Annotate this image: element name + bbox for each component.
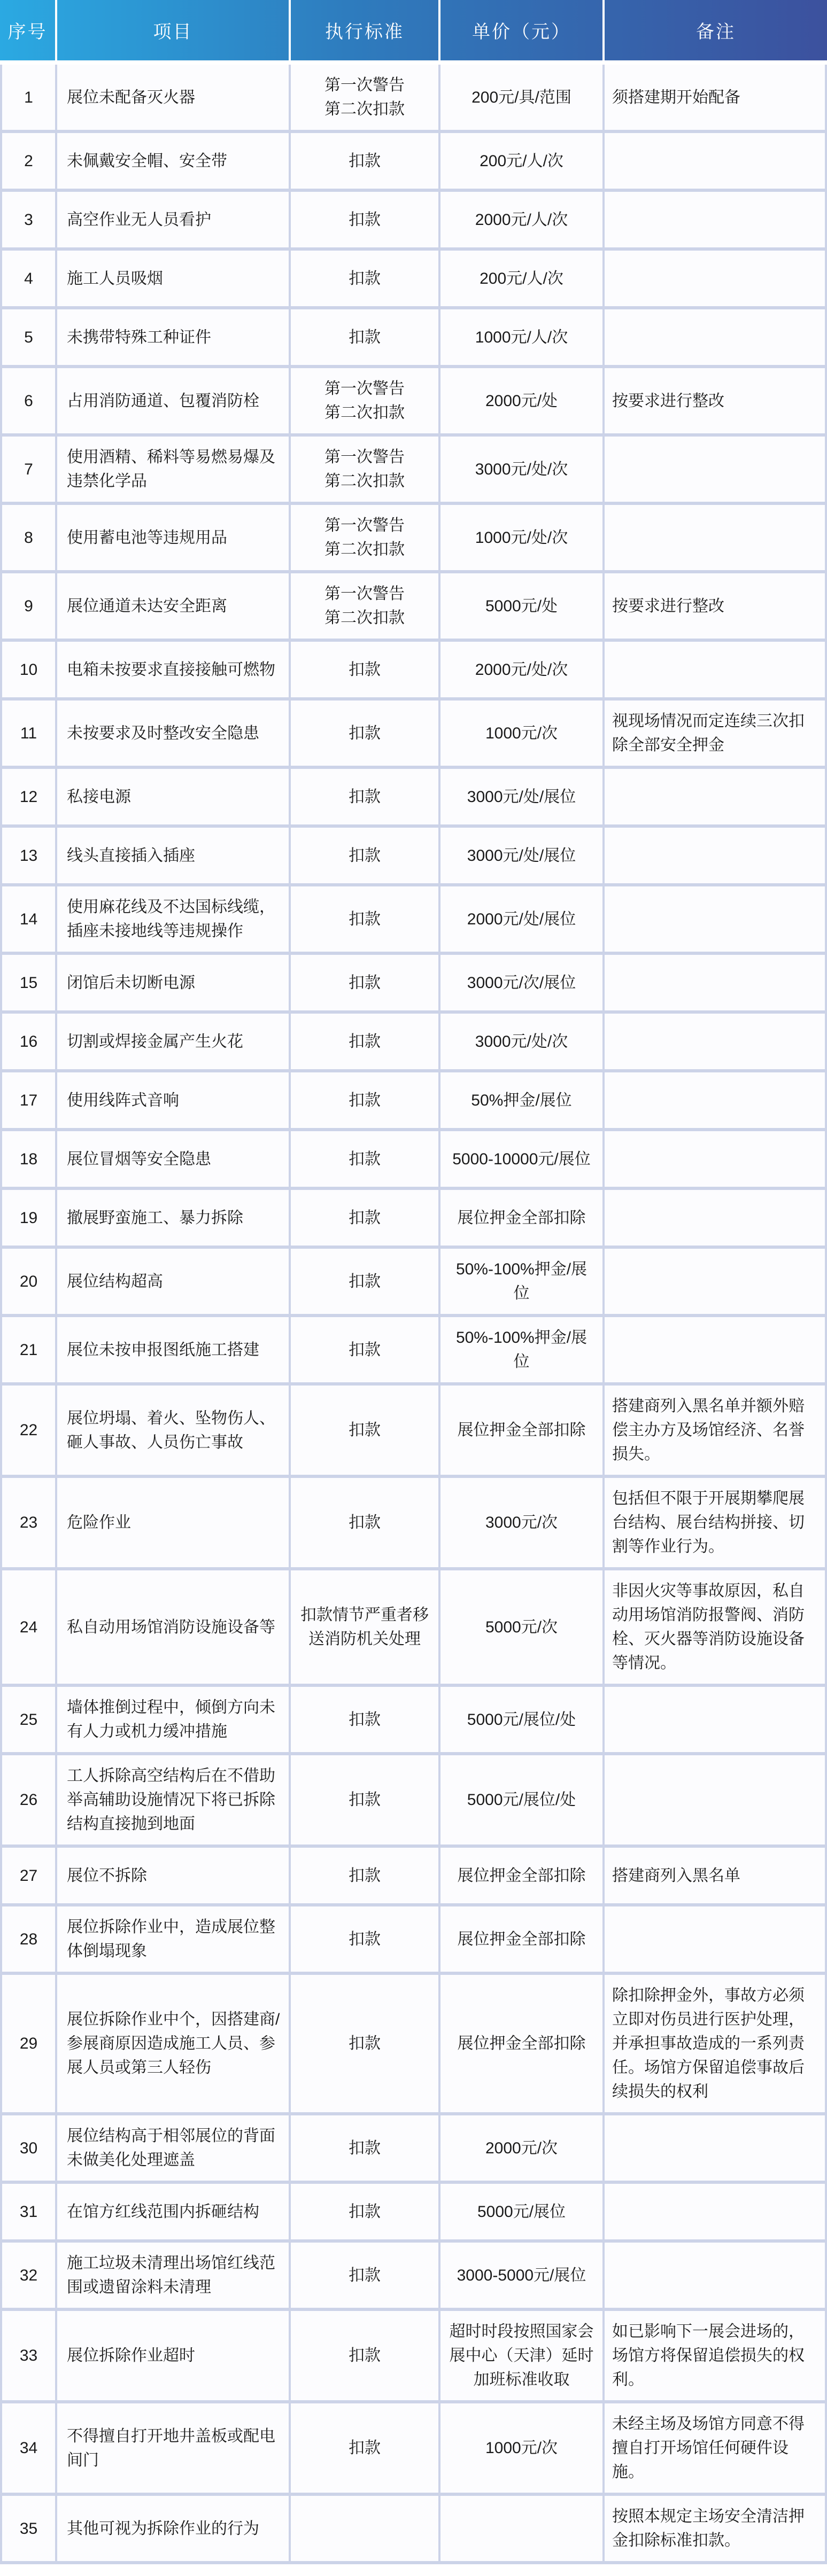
cell-item: 使用酒精、稀料等易燃易爆及违禁化学品 [55,437,289,502]
table-row: 22 展位坍塌、着火、坠物伤人、砸人事故、人员伤亡事故 扣款 展位押金全部扣除 … [0,1386,827,1478]
cell-item: 未携带特殊工种证件 [55,309,289,365]
cell-price: 2000元/处 [438,368,602,433]
cell-price: 3000元/次/展位 [438,955,602,1010]
cell-num: 11 [2,701,55,766]
table-row: 18 展位冒烟等安全隐患 扣款 5000-10000元/展位 [0,1131,827,1190]
cell-remark [602,955,825,1010]
cell-standard: 扣款 [289,886,438,952]
cell-item: 线头直接插入插座 [55,828,289,883]
cell-remark [602,769,825,824]
cell-remark: 按要求进行整改 [602,368,825,433]
cell-remark [602,1014,825,1069]
cell-item: 墙体推倒过程中，倾倒方向未有人力或机力缓冲措施 [55,1687,289,1752]
cell-item: 闭馆后未切断电源 [55,955,289,1010]
cell-item: 展位坍塌、着火、坠物伤人、砸人事故、人员伤亡事故 [55,1386,289,1475]
table-row: 8 使用蓄电池等违规用品 第一次警告 第二次扣款 1000元/处/次 [0,505,827,573]
table-row: 35 其他可视为拆除作业的行为 按照本规定主场安全清洁押金扣除标准扣款。 [0,2496,827,2564]
cell-num: 8 [2,505,55,570]
penalty-rules-page: 序号 项目 执行标准 单价（元） 备注 1 展位未配备灭火器 第一次警告 第二次… [0,0,827,2576]
cell-standard: 扣款 [289,2184,438,2239]
cell-num: 15 [2,955,55,1010]
cell-remark [602,1906,825,1972]
cell-item: 未按要求及时整改安全隐患 [55,701,289,766]
cell-price: 2000元/人/次 [438,192,602,247]
cell-price: 50%-100%押金/展位 [438,1317,602,1382]
table-row: 34 不得擅自打开地井盖板或配电间门 扣款 1000元/次 未经主场及场馆方同意… [0,2403,827,2496]
cell-num: 31 [2,2184,55,2239]
cell-num: 25 [2,1687,55,1752]
cell-standard: 扣款 [289,1249,438,1314]
cell-item: 展位冒烟等安全隐患 [55,1131,289,1187]
col-header-price: 单价（元） [438,0,602,60]
cell-remark [602,1249,825,1314]
cell-num: 6 [2,368,55,433]
cell-num: 18 [2,1131,55,1187]
table-row: 2 未佩戴安全帽、安全带 扣款 200元/人/次 [0,133,827,192]
cell-remark [602,251,825,306]
cell-num: 22 [2,1386,55,1475]
cell-standard: 扣款 [289,769,438,824]
cell-remark [602,1317,825,1382]
cell-num: 10 [2,642,55,697]
table-row: 32 施工垃圾未清理出场馆红线范围或遗留涂料未清理 扣款 3000-5000元/… [0,2243,827,2311]
cell-remark: 须搭建期开始配备 [602,65,825,130]
cell-item: 电箱未按要求直接接触可燃物 [55,642,289,697]
cell-item: 展位通道未达安全距离 [55,573,289,639]
cell-item: 工人拆除高空结构后在不借助举高辅助设施情况下将已拆除结构直接抛到地面 [55,1755,289,1845]
cell-standard: 扣款 [289,955,438,1010]
cell-standard: 扣款 [289,1478,438,1567]
cell-remark [602,192,825,247]
cell-num: 2 [2,133,55,189]
cell-item: 展位拆除作业中，造成展位整体倒塌现象 [55,1906,289,1972]
cell-standard: 扣款 [289,1014,438,1069]
cell-standard: 扣款情节严重者移送消防机关处理 [289,1570,438,1684]
cell-standard: 扣款 [289,2243,438,2308]
cell-item: 展位拆除作业超时 [55,2311,289,2400]
cell-standard: 扣款 [289,1848,438,1903]
cell-price: 1000元/次 [438,701,602,766]
cell-item: 展位未按申报图纸施工搭建 [55,1317,289,1382]
table-row: 20 展位结构超高 扣款 50%-100%押金/展位 [0,1249,827,1317]
cell-item: 不得擅自打开地井盖板或配电间门 [55,2403,289,2493]
cell-remark: 如已影响下一展会进场的，场馆方将保留追偿损失的权利。 [602,2311,825,2400]
table-row: 1 展位未配备灭火器 第一次警告 第二次扣款 200元/具/范围 须搭建期开始配… [0,65,827,133]
cell-num: 35 [2,2496,55,2561]
cell-num: 26 [2,1755,55,1845]
cell-price: 3000-5000元/展位 [438,2243,602,2308]
table-row: 25 墙体推倒过程中，倾倒方向未有人力或机力缓冲措施 扣款 5000元/展位/处 [0,1687,827,1755]
cell-item: 展位未配备灭火器 [55,65,289,130]
cell-remark: 包括但不限于开展期攀爬展台结构、展台结构拼接、切割等作业行为。 [602,1478,825,1567]
cell-item: 使用线阵式音响 [55,1072,289,1128]
table-row: 21 展位未按申报图纸施工搭建 扣款 50%-100%押金/展位 [0,1317,827,1386]
cell-price: 5000元/展位/处 [438,1687,602,1752]
cell-num: 14 [2,886,55,952]
cell-remark [602,2184,825,2239]
cell-num: 19 [2,1190,55,1246]
cell-item: 施工垃圾未清理出场馆红线范围或遗留涂料未清理 [55,2243,289,2308]
cell-standard: 扣款 [289,2115,438,2181]
cell-num: 24 [2,1570,55,1684]
cell-price: 5000元/展位/处 [438,1755,602,1845]
cell-num: 32 [2,2243,55,2308]
table-row: 16 切割或焊接金属产生火花 扣款 3000元/处/次 [0,1014,827,1072]
col-header-standard: 执行标准 [289,0,438,60]
cell-standard: 扣款 [289,642,438,697]
penalty-table: 序号 项目 执行标准 单价（元） 备注 1 展位未配备灭火器 第一次警告 第二次… [0,0,827,2564]
cell-num: 23 [2,1478,55,1567]
cell-price: 1000元/处/次 [438,505,602,570]
table-row: 27 展位不拆除 扣款 展位押金全部扣除 搭建商列入黑名单 [0,1848,827,1906]
table-body: 1 展位未配备灭火器 第一次警告 第二次扣款 200元/具/范围 须搭建期开始配… [0,60,827,2564]
cell-price: 1000元/次 [438,2403,602,2493]
cell-price: 50%-100%押金/展位 [438,1249,602,1314]
cell-standard: 扣款 [289,1072,438,1128]
cell-price: 2000元/处/次 [438,642,602,697]
cell-price: 1000元/人/次 [438,309,602,365]
cell-price: 200元/人/次 [438,251,602,306]
cell-standard: 扣款 [289,1190,438,1246]
cell-standard: 扣款 [289,1687,438,1752]
cell-num: 17 [2,1072,55,1128]
table-row: 10 电箱未按要求直接接触可燃物 扣款 2000元/处/次 [0,642,827,701]
cell-num: 12 [2,769,55,824]
table-row: 13 线头直接插入插座 扣款 3000元/处/展位 [0,828,827,886]
col-header-item: 项目 [55,0,289,60]
cell-item: 展位结构超高 [55,1249,289,1314]
cell-standard: 扣款 [289,1906,438,1972]
cell-standard: 扣款 [289,192,438,247]
cell-item: 撤展野蛮施工、暴力拆除 [55,1190,289,1246]
table-row: 3 高空作业无人员看护 扣款 2000元/人/次 [0,192,827,251]
cell-num: 34 [2,2403,55,2493]
cell-remark: 搭建商列入黑名单 [602,1848,825,1903]
cell-standard: 扣款 [289,701,438,766]
table-row: 29 展位拆除作业中个，因搭建商/参展商原因造成施工人员、参展人员或第三人轻伤 … [0,1975,827,2115]
col-header-remark: 备注 [602,0,827,60]
cell-price: 5000元/次 [438,1570,602,1684]
cell-standard: 扣款 [289,1317,438,1382]
cell-remark: 非因火灾等事故原因，私自动用场馆消防报警阀、消防栓、灭火器等消防设施设备等情况。 [602,1570,825,1684]
cell-standard: 扣款 [289,251,438,306]
table-row: 14 使用麻花线及不达国标线缆，插座未接地线等违规操作 扣款 2000元/处/展… [0,886,827,955]
cell-price: 超时时段按照国家会展中心（天津）延时加班标准收取 [438,2311,602,2400]
cell-remark [602,1687,825,1752]
cell-standard: 第一次警告 第二次扣款 [289,65,438,130]
table-row: 31 在馆方红线范围内拆砸结构 扣款 5000元/展位 [0,2184,827,2243]
cell-price: 5000元/展位 [438,2184,602,2239]
cell-item: 危险作业 [55,1478,289,1567]
cell-remark [602,642,825,697]
cell-num: 13 [2,828,55,883]
cell-num: 27 [2,1848,55,1903]
table-row: 15 闭馆后未切断电源 扣款 3000元/次/展位 [0,955,827,1014]
cell-num: 5 [2,309,55,365]
cell-price: 50%押金/展位 [438,1072,602,1128]
table-row: 23 危险作业 扣款 3000元/次 包括但不限于开展期攀爬展台结构、展台结构拼… [0,1478,827,1570]
table-header-row: 序号 项目 执行标准 单价（元） 备注 [0,0,827,60]
cell-price: 5000元/处 [438,573,602,639]
cell-num: 30 [2,2115,55,2181]
cell-item: 使用麻花线及不达国标线缆，插座未接地线等违规操作 [55,886,289,952]
cell-price: 200元/具/范围 [438,65,602,130]
cell-remark [602,133,825,189]
cell-standard: 扣款 [289,133,438,189]
cell-item: 其他可视为拆除作业的行为 [55,2496,289,2561]
cell-item: 施工人员吸烟 [55,251,289,306]
cell-remark: 按照本规定主场安全清洁押金扣除标准扣款。 [602,2496,825,2561]
cell-price: 展位押金全部扣除 [438,1975,602,2112]
cell-standard: 第一次警告 第二次扣款 [289,505,438,570]
cell-standard: 扣款 [289,1755,438,1845]
cell-price: 200元/人/次 [438,133,602,189]
cell-price: 3000元/处/展位 [438,769,602,824]
cell-price: 5000-10000元/展位 [438,1131,602,1187]
table-row: 24 私自动用场馆消防设施设备等 扣款情节严重者移送消防机关处理 5000元/次… [0,1570,827,1687]
cell-remark [602,2115,825,2181]
table-row: 30 展位结构高于相邻展位的背面未做美化处理遮盖 扣款 2000元/次 [0,2115,827,2184]
table-row: 12 私接电源 扣款 3000元/处/展位 [0,769,827,828]
cell-num: 3 [2,192,55,247]
cell-remark [602,437,825,502]
cell-price: 2000元/处/展位 [438,886,602,952]
table-row: 17 使用线阵式音响 扣款 50%押金/展位 [0,1072,827,1131]
cell-item: 展位结构高于相邻展位的背面未做美化处理遮盖 [55,2115,289,2181]
cell-standard: 扣款 [289,1386,438,1475]
cell-item: 切割或焊接金属产生火花 [55,1014,289,1069]
cell-remark [602,828,825,883]
cell-price: 2000元/次 [438,2115,602,2181]
cell-standard: 扣款 [289,1975,438,2112]
table-row: 11 未按要求及时整改安全隐患 扣款 1000元/次 视现场情况而定连续三次扣除… [0,701,827,769]
cell-price: 3000元/处/次 [438,1014,602,1069]
table-row: 19 撤展野蛮施工、暴力拆除 扣款 展位押金全部扣除 [0,1190,827,1249]
cell-remark [602,505,825,570]
cell-standard: 第一次警告 第二次扣款 [289,573,438,639]
cell-standard: 扣款 [289,828,438,883]
cell-standard: 扣款 [289,2311,438,2400]
table-row: 9 展位通道未达安全距离 第一次警告 第二次扣款 5000元/处 按要求进行整改 [0,573,827,642]
cell-remark: 除扣除押金外，事故方必须立即对伤员进行医护处理，并承担事故造成的一系列责任。场馆… [602,1975,825,2112]
cell-item: 未佩戴安全帽、安全带 [55,133,289,189]
cell-price: 3000元/处/展位 [438,828,602,883]
cell-item: 占用消防通道、包覆消防栓 [55,368,289,433]
cell-price: 展位押金全部扣除 [438,1906,602,1972]
cell-remark [602,1190,825,1246]
table-row: 33 展位拆除作业超时 扣款 超时时段按照国家会展中心（天津）延时加班标准收取 … [0,2311,827,2403]
cell-num: 20 [2,1249,55,1314]
cell-item: 私自动用场馆消防设施设备等 [55,1570,289,1684]
cell-standard [289,2496,438,2561]
cell-standard: 第一次警告 第二次扣款 [289,437,438,502]
table-row: 7 使用酒精、稀料等易燃易爆及违禁化学品 第一次警告 第二次扣款 3000元/处… [0,437,827,505]
cell-standard: 扣款 [289,1131,438,1187]
cell-num: 16 [2,1014,55,1069]
cell-item: 高空作业无人员看护 [55,192,289,247]
cell-price: 展位押金全部扣除 [438,1848,602,1903]
cell-remark: 视现场情况而定连续三次扣除全部安全押金 [602,701,825,766]
cell-remark [602,886,825,952]
cell-remark [602,1131,825,1187]
cell-num: 9 [2,573,55,639]
col-header-num: 序号 [0,0,55,60]
cell-standard: 第一次警告 第二次扣款 [289,368,438,433]
cell-price: 展位押金全部扣除 [438,1386,602,1475]
cell-remark [602,1755,825,1845]
cell-item: 使用蓄电池等违规用品 [55,505,289,570]
cell-num: 33 [2,2311,55,2400]
table-row: 5 未携带特殊工种证件 扣款 1000元/人/次 [0,309,827,368]
cell-remark: 未经主场及场馆方同意不得擅自打开场馆任何硬件设施。 [602,2403,825,2493]
cell-price: 3000元/处/次 [438,437,602,502]
table-row: 4 施工人员吸烟 扣款 200元/人/次 [0,251,827,309]
table-row: 28 展位拆除作业中，造成展位整体倒塌现象 扣款 展位押金全部扣除 [0,1906,827,1975]
cell-num: 4 [2,251,55,306]
cell-price: 展位押金全部扣除 [438,1190,602,1246]
cell-num: 28 [2,1906,55,1972]
cell-standard: 扣款 [289,2403,438,2493]
cell-item: 私接电源 [55,769,289,824]
cell-price [438,2496,602,2561]
cell-remark: 搭建商列入黑名单并额外赔偿主办方及场馆经济、名誉损失。 [602,1386,825,1475]
cell-num: 7 [2,437,55,502]
cell-remark [602,1072,825,1128]
cell-standard: 扣款 [289,309,438,365]
cell-remark: 按要求进行整改 [602,573,825,639]
cell-item: 在馆方红线范围内拆砸结构 [55,2184,289,2239]
cell-remark [602,309,825,365]
table-row: 26 工人拆除高空结构后在不借助举高辅助设施情况下将已拆除结构直接抛到地面 扣款… [0,1755,827,1848]
cell-num: 29 [2,1975,55,2112]
cell-num: 21 [2,1317,55,1382]
cell-price: 3000元/次 [438,1478,602,1567]
cell-item: 展位不拆除 [55,1848,289,1903]
cell-item: 展位拆除作业中个，因搭建商/参展商原因造成施工人员、参展人员或第三人轻伤 [55,1975,289,2112]
cell-remark [602,2243,825,2308]
table-row: 6 占用消防通道、包覆消防栓 第一次警告 第二次扣款 2000元/处 按要求进行… [0,368,827,437]
cell-num: 1 [2,65,55,130]
